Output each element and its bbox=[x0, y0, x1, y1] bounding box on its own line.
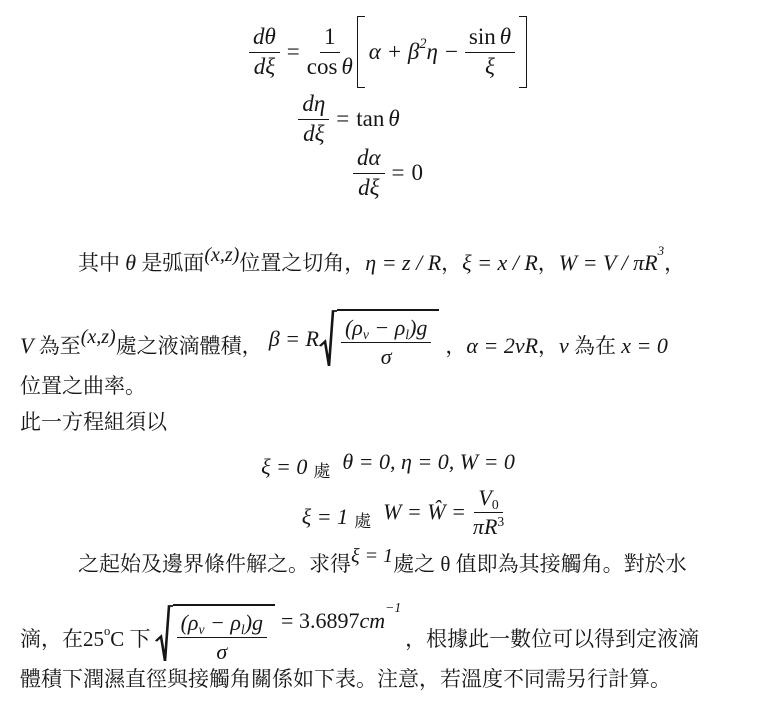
x-zero: x = 0 bbox=[621, 329, 668, 363]
fraction-numerator: 1 bbox=[320, 24, 340, 52]
w-definition: W = V / πR bbox=[559, 250, 658, 275]
equation-ode-alpha: dα dξ = 0 bbox=[0, 148, 776, 198]
fraction-v0-over-piR3: V0 πR3 bbox=[473, 485, 504, 539]
text-run: 處之 bbox=[393, 552, 440, 576]
text-run: 其中 bbox=[78, 251, 125, 275]
fraction-numerator: dα bbox=[353, 145, 385, 173]
right-bracket bbox=[519, 16, 527, 88]
boundary-conditions: ξ = 0 處 θ = 0, η = 0, W = 0 ξ = 1 處 W = … bbox=[0, 445, 776, 539]
text-run: 位置之曲率。 bbox=[20, 374, 146, 398]
w-hat-equation: W = Ŵ = bbox=[383, 499, 466, 525]
text-run: 體積下潤濕直徑與接觸角關係如下表。注意，若溫度不同需另行計算。 bbox=[20, 667, 671, 691]
bracket-term: η − bbox=[426, 39, 464, 64]
cube-exponent: 3 bbox=[658, 243, 665, 258]
text-run: 處之液滴體積， bbox=[116, 329, 263, 363]
rho-term: − ρ bbox=[205, 610, 241, 635]
square-root: (ρv − ρl)gσ bbox=[155, 604, 275, 664]
fraction-sin-over-xi: sinθ ξ bbox=[465, 24, 515, 80]
theta-variable: θ bbox=[341, 54, 352, 80]
theta-variable: θ bbox=[125, 250, 136, 275]
left-bracket bbox=[357, 16, 365, 88]
fraction-numerator: V0 bbox=[474, 485, 502, 512]
fraction-deta-dxi: dη dξ bbox=[298, 91, 329, 147]
paragraph-definitions: 其中 θ 是弧面(x,z)位置之切角，η = z / R，ξ = x / R，W… bbox=[20, 248, 762, 437]
xi-zero: ξ = 0 bbox=[261, 454, 307, 480]
condition-xi-0: ξ = 0 處 θ = 0, η = 0, W = 0 bbox=[0, 445, 776, 479]
equals-sign: = bbox=[287, 39, 300, 64]
rho-term: (ρ bbox=[345, 315, 363, 340]
comma: ， bbox=[445, 329, 466, 363]
radicand: (ρv − ρl)gσ bbox=[173, 604, 275, 664]
fraction-dalpha-dxi: dα dξ bbox=[353, 145, 385, 201]
theta-variable: θ bbox=[500, 24, 511, 50]
radical-sign bbox=[155, 604, 173, 664]
inverse-exponent: −1 bbox=[385, 600, 401, 615]
text-run: 為至 bbox=[33, 329, 80, 363]
fraction-denominator: ξ bbox=[485, 53, 495, 80]
cos-function: cos bbox=[307, 54, 338, 80]
fraction-denominator: dξ bbox=[358, 174, 379, 201]
fraction-numerator: (ρv − ρl)g bbox=[341, 315, 431, 342]
fraction-one-over-cos: 1 cosθ bbox=[307, 24, 353, 80]
zero-value: 0 bbox=[412, 160, 424, 185]
theta-variable: θ bbox=[388, 106, 399, 131]
g-term: )g bbox=[409, 315, 427, 340]
fraction-numerator: (ρv − ρl)g bbox=[177, 610, 267, 637]
text-run: 滴，在25 bbox=[20, 622, 104, 656]
comma: ， bbox=[538, 329, 559, 363]
text-run: 此一方程組須以 bbox=[20, 410, 167, 434]
fraction-rho-over-sigma: (ρv − ρl)gσ bbox=[341, 315, 431, 369]
tan-function: tan bbox=[356, 106, 384, 131]
alpha-definition: α = 2νR bbox=[466, 329, 538, 363]
fraction-numerator: sinθ bbox=[465, 24, 515, 52]
beta-equation: β = R(ρv − ρl)gσ bbox=[269, 309, 440, 369]
text-run: ，根據此一數位可以得到定液滴 bbox=[405, 622, 699, 656]
definition-line-4: 此一方程組須以 bbox=[20, 407, 762, 437]
definition-line-1: 其中 θ 是弧面(x,z)位置之切角，η = z / R，ξ = x / R，W… bbox=[20, 248, 762, 279]
equals-sign: = bbox=[336, 106, 349, 131]
text-run: C 下 bbox=[110, 622, 150, 656]
text-run: 為在 bbox=[569, 329, 622, 363]
text-run: 值即為其接觸角。對於水 bbox=[450, 552, 686, 576]
equation-ode-eta: dη dξ = tan θ bbox=[0, 94, 698, 144]
radical-sign bbox=[319, 309, 337, 369]
xi-definition: ξ = x / R bbox=[462, 250, 538, 275]
fraction-rho-over-sigma: (ρv − ρl)gσ bbox=[177, 610, 267, 664]
theta-variable: θ bbox=[440, 552, 450, 576]
v-variable: V bbox=[20, 329, 33, 363]
v-variable: V bbox=[478, 485, 491, 510]
place-label: 處 bbox=[313, 457, 330, 482]
comma: ， bbox=[441, 251, 462, 275]
result-value: = 3.6897 bbox=[281, 608, 359, 633]
fraction-denominator: σ bbox=[381, 343, 392, 369]
solution-line-1: 之起始及邊界條件解之。求得ξ = 1處之 θ 值即為其接觸角。對於水 bbox=[20, 549, 762, 580]
paragraph-solution: 之起始及邊界條件解之。求得ξ = 1處之 θ 值即為其接觸角。對於水 滴，在25… bbox=[20, 549, 762, 694]
initial-values: θ = 0, η = 0, W = 0 bbox=[342, 449, 515, 475]
text-run: 是弧面 bbox=[136, 251, 204, 275]
definition-line-2: V 為至(x,z)處之液滴體積，β = R(ρv − ρl)gσ，α = 2νR… bbox=[20, 291, 762, 363]
fraction-numerator: dη bbox=[298, 91, 329, 119]
place-label: 處 bbox=[354, 507, 371, 532]
fraction-denominator: dξ bbox=[303, 120, 324, 147]
comma: ， bbox=[664, 251, 685, 275]
eta-definition: η = z / R bbox=[365, 250, 441, 275]
sin-function: sin bbox=[469, 24, 496, 50]
unit-cm: cm bbox=[359, 608, 385, 633]
xz-superscript: (x,z) bbox=[81, 320, 116, 354]
numeric-result: = 3.6897cm−1 bbox=[281, 604, 401, 638]
fraction-denominator: cosθ bbox=[307, 53, 353, 80]
fraction-denominator: dξ bbox=[254, 53, 275, 80]
beta-lhs: β = R bbox=[269, 322, 319, 356]
condition-xi-1: ξ = 1 處 W = Ŵ = V0 πR3 bbox=[30, 485, 776, 539]
xi-one-superscript: ξ = 1 bbox=[351, 545, 393, 567]
equation-ode-theta: dθ dξ = 1 cosθ α + β2η − sinθ ξ bbox=[0, 16, 776, 88]
degree-superscript: o bbox=[104, 614, 110, 648]
document-page: dθ dξ = 1 cosθ α + β2η − sinθ ξ bbox=[0, 0, 776, 707]
fraction-denominator: σ bbox=[216, 638, 227, 664]
fraction-numerator: dθ bbox=[249, 24, 280, 52]
rho-term: − ρ bbox=[369, 315, 405, 340]
water-constant-equation: (ρv − ρl)gσ= 3.6897cm−1 bbox=[155, 604, 402, 664]
fraction-dtheta-dxi: dθ dξ bbox=[249, 24, 280, 80]
rho-term: (ρ bbox=[181, 610, 199, 635]
equation-block: dθ dξ = 1 cosθ α + β2η − sinθ ξ bbox=[0, 0, 776, 198]
bracket-term: α + β bbox=[369, 39, 420, 64]
radicand: (ρv − ρl)gσ bbox=[337, 309, 439, 369]
nu-variable: ν bbox=[559, 329, 569, 363]
fraction-denominator: πR3 bbox=[473, 513, 504, 539]
g-term: )g bbox=[245, 610, 263, 635]
solution-line-3: 體積下潤濕直徑與接觸角關係如下表。注意，若溫度不同需另行計算。 bbox=[20, 664, 762, 694]
solution-line-2: 滴，在25oC 下(ρv − ρl)gσ= 3.6897cm−1，根據此一數位可… bbox=[20, 586, 762, 656]
xz-superscript: (x,z) bbox=[204, 244, 239, 266]
text-run: 之起始及邊界條件解之。求得 bbox=[78, 552, 351, 576]
xi-one: ξ = 1 bbox=[302, 504, 348, 530]
equals-sign: = bbox=[392, 160, 405, 185]
square-root: (ρv − ρl)gσ bbox=[319, 309, 439, 369]
definition-line-3: 位置之曲率。 bbox=[20, 371, 762, 401]
text-run: 位置之切角， bbox=[239, 251, 365, 275]
comma: ， bbox=[538, 251, 559, 275]
bracket-group: α + β2η − sinθ ξ bbox=[357, 16, 527, 88]
piR-term: πR bbox=[473, 514, 497, 539]
